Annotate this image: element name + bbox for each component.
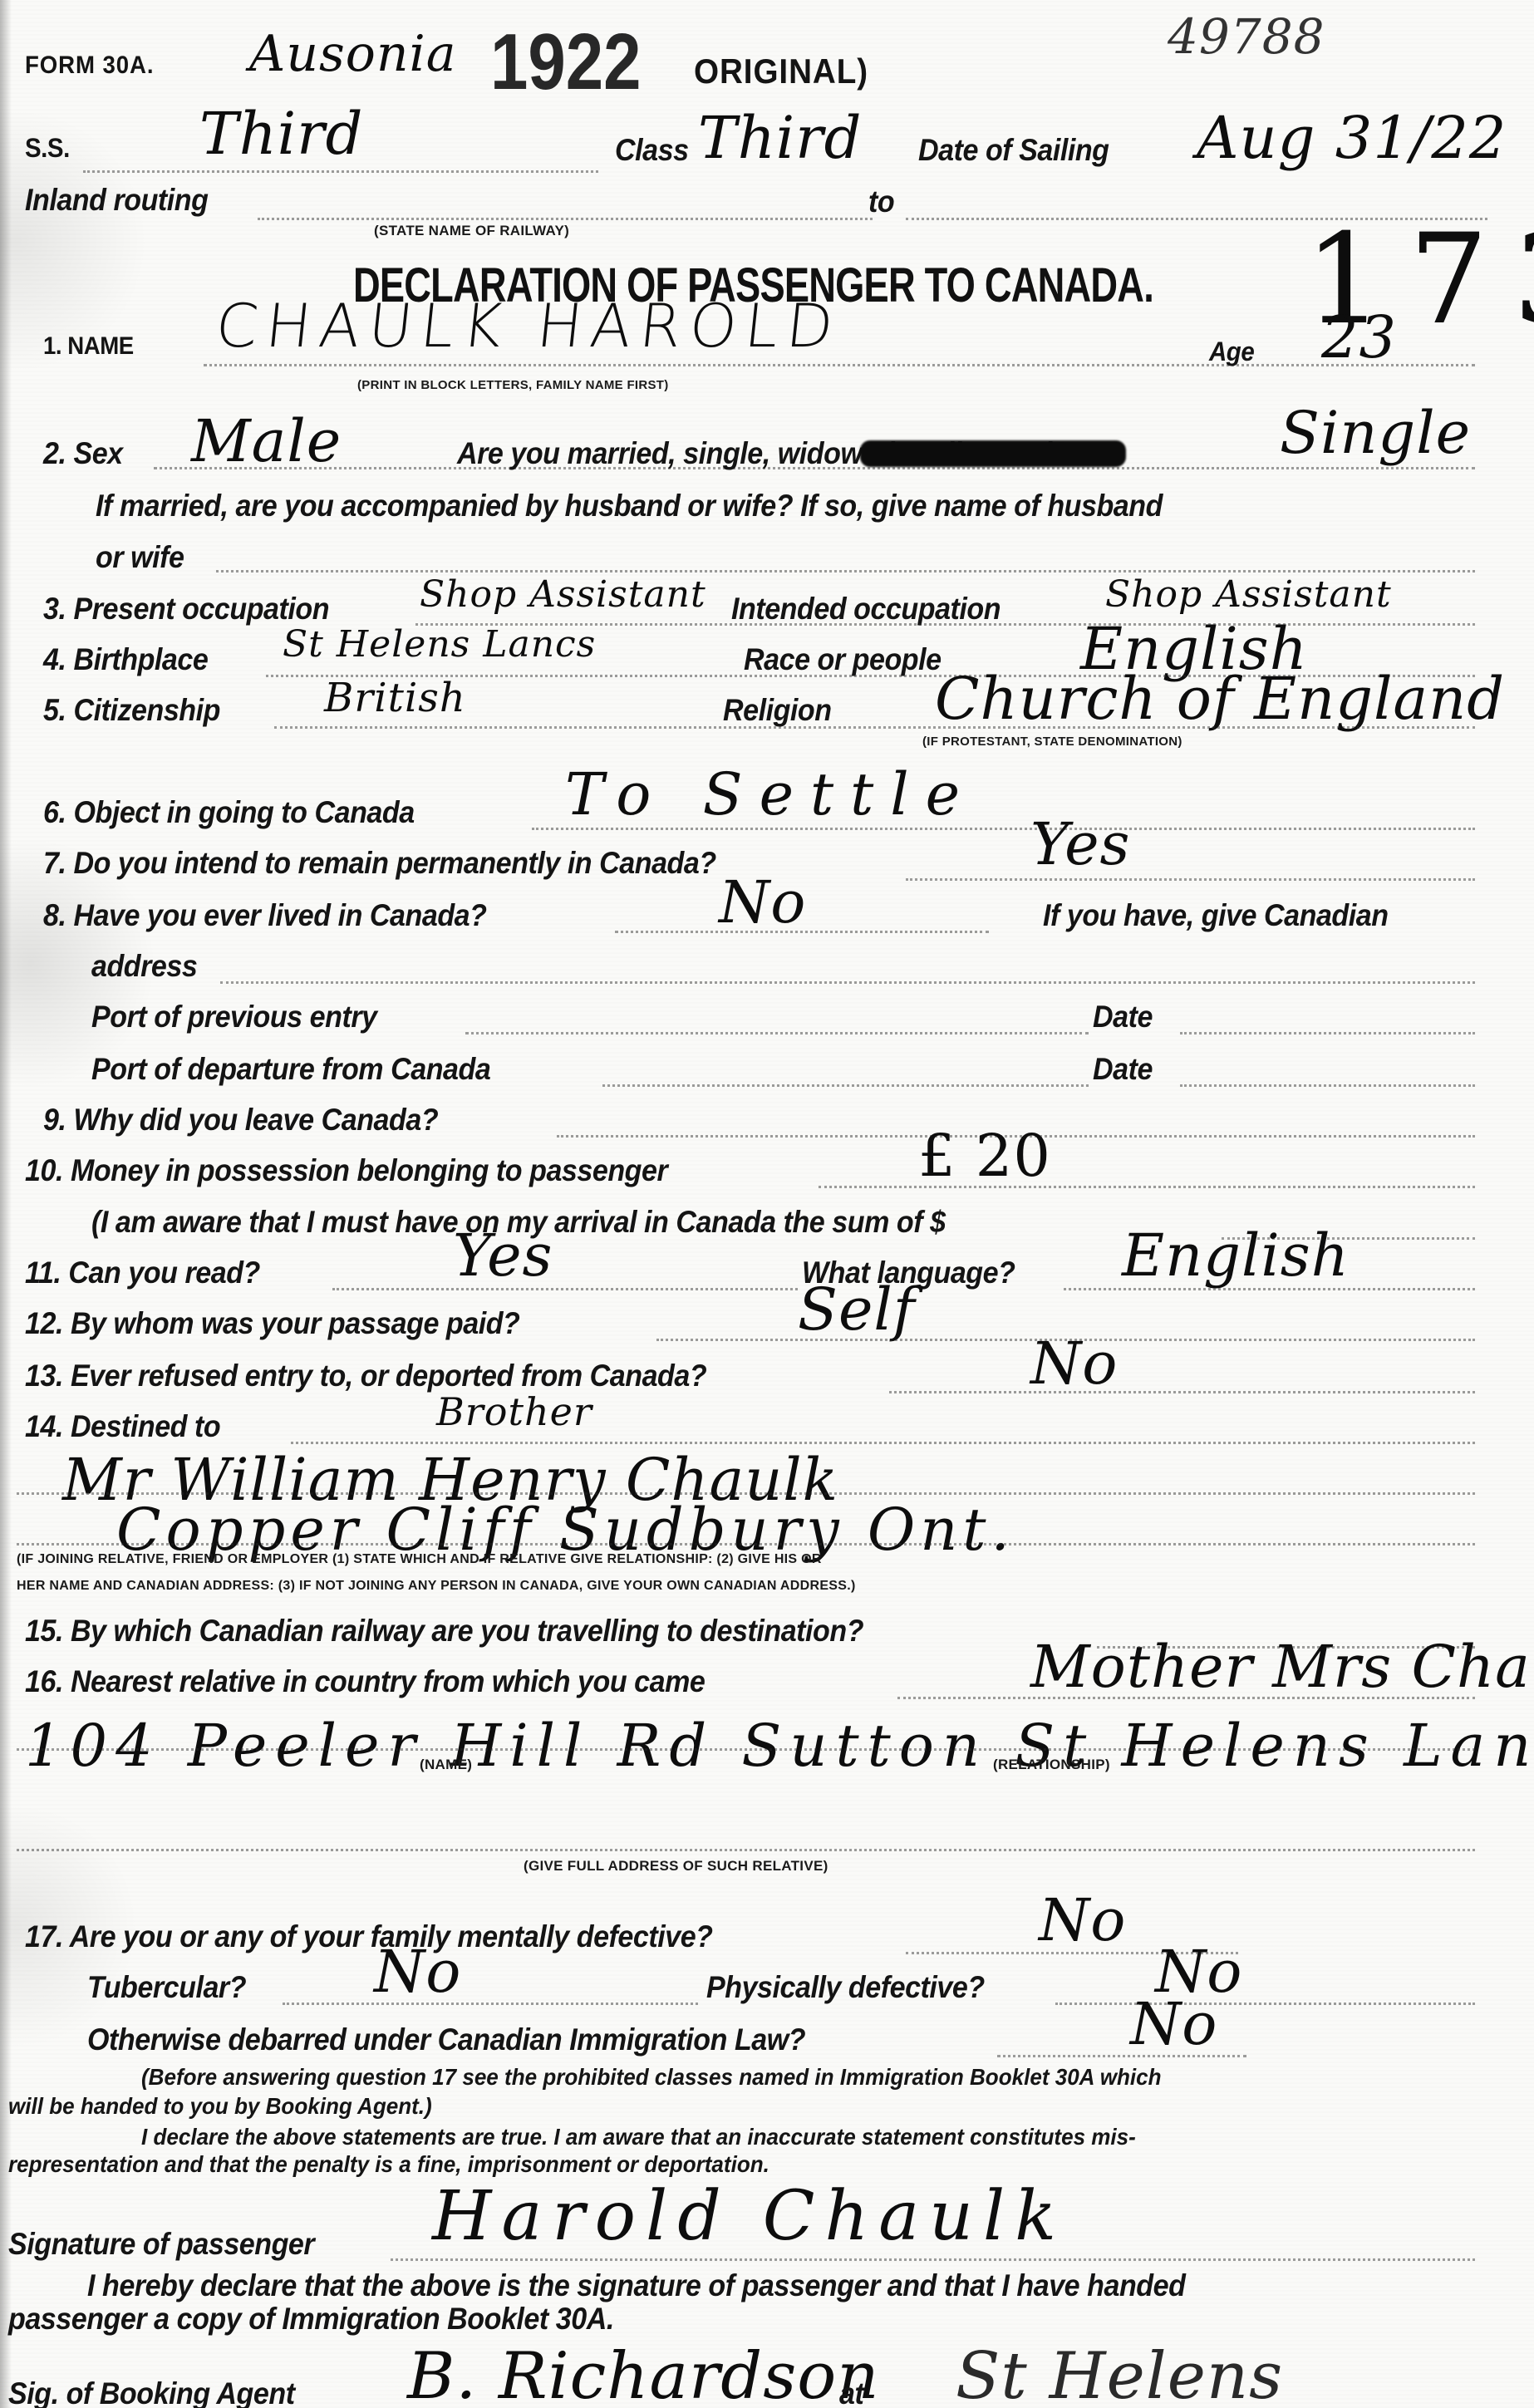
q13-refused-value: No — [1030, 1329, 1118, 1398]
q10-money-label: 10. Money in possession belonging to pas… — [25, 1153, 667, 1188]
q17-tubercular-label: Tubercular? — [87, 1970, 246, 2005]
q8-previous-entry-label: Port of previous entry — [91, 1000, 377, 1034]
q14-line-2 — [17, 1492, 1475, 1495]
q7-line — [906, 878, 1475, 881]
q11-language-line — [1064, 1288, 1475, 1290]
q12-paid-label: 12. By whom was your passage paid? — [25, 1306, 519, 1341]
q14-caption-2: HER NAME AND CANADIAN ADDRESS: (3) IF NO… — [17, 1579, 856, 1594]
q1-line — [204, 364, 1475, 366]
q17-mental-label: 17. Are you or any of your family mental… — [25, 1919, 713, 1954]
ss-label: S.S. — [25, 133, 70, 164]
q1-age-value: 23 — [1321, 303, 1397, 371]
q8-lived-value: No — [719, 868, 806, 936]
railway-caption: (STATE NAME OF RAILWAY) — [374, 223, 569, 239]
file-number: 49788 — [1168, 8, 1325, 65]
q16-line-3 — [17, 1849, 1475, 1851]
class-label: Class — [615, 133, 689, 168]
q8-departure-label: Port of departure from Canada — [91, 1052, 490, 1087]
q14-relation-value: Brother — [436, 1389, 592, 1434]
q10-money-value: £ 20 — [918, 1122, 1051, 1190]
booking-agent-label: Sig. of Booking Agent — [8, 2376, 295, 2408]
q8-departure-date-label: Date — [1093, 1052, 1153, 1087]
inland-to-label: to — [868, 184, 894, 219]
sailing-date-label: Date of Sailing — [918, 133, 1109, 168]
booking-agent-signature: B. Richardson — [407, 2339, 879, 2408]
q12-paid-value: Self — [798, 1275, 916, 1344]
booking-agent-at: at — [839, 2376, 863, 2408]
agent-declaration-line-1: I hereby declare that the above is the s… — [87, 2268, 1185, 2303]
q2-sex-label: 2. Sex — [43, 436, 123, 471]
q16-relative-label: 16. Nearest relative in country from whi… — [25, 1664, 705, 1699]
agent-declaration-line-2: passenger a copy of Immigration Booklet … — [8, 2302, 614, 2337]
q7-remain-value: Yes — [1030, 810, 1130, 878]
q6-line — [532, 828, 1475, 830]
ss-line — [83, 170, 598, 173]
q4-birthplace-value: St Helens Lancs — [283, 623, 596, 666]
q13-line — [889, 1391, 1475, 1393]
booking-agent-location: St Helens — [956, 2339, 1283, 2408]
q5-caption: (IF PROTESTANT, STATE DENOMINATION) — [922, 735, 1182, 749]
signature-line — [391, 2258, 1475, 2261]
q8-previous-date-label: Date — [1093, 1000, 1153, 1034]
q11-line — [332, 1288, 798, 1290]
q16-name-caption: (NAME) — [420, 1757, 472, 1773]
q17-physical-line — [1055, 2003, 1475, 2005]
q14-caption-1: (IF JOINING RELATIVE, FRIEND OR EMPLOYER… — [17, 1552, 822, 1567]
sailing-date-value: Aug 31/22 — [1197, 104, 1507, 172]
q14-destined-label: 14. Destined to — [25, 1409, 220, 1444]
q1-age-label: Age — [1209, 337, 1254, 367]
q16-address-caption: (GIVE FULL ADDRESS OF SUCH RELATIVE) — [524, 1858, 828, 1875]
q6-object-label: 6. Object in going to Canada — [43, 795, 415, 830]
q2-spouse-line — [216, 570, 1475, 573]
q8-departure-line — [602, 1084, 1089, 1087]
q11-read-value: Yes — [453, 1221, 553, 1290]
q5-religion-label: Religion — [723, 693, 832, 728]
q5-citizenship-value: British — [324, 675, 466, 721]
redaction-mark — [860, 440, 1126, 467]
q4-birthplace-label: 4. Birthplace — [43, 642, 208, 677]
original-label: ORIGINAL) — [694, 52, 868, 91]
q8-departure-date-line — [1180, 1084, 1475, 1087]
q11-read-label: 11. Can you read? — [25, 1256, 260, 1290]
q2-sex-value: Male — [191, 407, 342, 475]
q13-refused-label: 13. Ever refused entry to, or deported f… — [25, 1359, 706, 1393]
q3-intended-occupation-label: Intended occupation — [731, 592, 1001, 627]
q5-citizenship-label: 5. Citizenship — [43, 693, 220, 728]
vessel-name-handwritten: Ausonia — [249, 25, 457, 83]
q1-name-label: 1. NAME — [43, 332, 134, 361]
q1-caption: (PRINT IN BLOCK LETTERS, FAMILY NAME FIR… — [357, 378, 669, 392]
q14-line-1 — [291, 1442, 1475, 1444]
q10-line — [819, 1186, 1475, 1188]
q4-race-label: Race or people — [744, 642, 942, 677]
signature-label: Signature of passenger — [8, 2227, 314, 2262]
ss-value: Third — [199, 100, 363, 168]
q11-language-value: English — [1122, 1221, 1350, 1290]
declaration-line-2: representation and that the penalty is a… — [8, 2151, 769, 2178]
q5-line — [274, 726, 1475, 729]
q9-leave-label: 9. Why did you leave Canada? — [43, 1103, 438, 1138]
q8-previous-entry-line — [465, 1032, 1089, 1034]
q15-railway-label: 15. By which Canadian railway are you tr… — [25, 1614, 863, 1649]
form-number: FORM 30A. — [25, 52, 155, 80]
q8-line — [615, 931, 989, 933]
q1-name-value: CHAULK HAROLD — [213, 291, 845, 361]
q14-line-3 — [17, 1543, 1475, 1546]
class-value: Third — [698, 104, 862, 172]
q16-relative-value: Mother Mrs Chaulk — [1030, 1633, 1534, 1701]
q17-physical-label: Physically defective? — [706, 1970, 985, 2005]
q16-line-2 — [17, 1748, 1475, 1751]
q8-address-line — [220, 981, 1475, 984]
passenger-signature: Harold Chaulk — [432, 2177, 1066, 2256]
q2-marital-value: Single — [1280, 399, 1471, 467]
q17-tubercular-value: No — [374, 1938, 461, 2006]
note-line-1: (Before answering question 17 see the pr… — [141, 2064, 1162, 2091]
q3-intended-occupation-value: Shop Assistant — [1105, 573, 1392, 616]
q17-debarred-line — [997, 2055, 1246, 2057]
year-stamp: 1922 — [490, 17, 642, 108]
q2-married-question: If married, are you accompanied by husba… — [96, 489, 1163, 523]
q17-debarred-label: Otherwise debarred under Canadian Immigr… — [87, 2022, 805, 2057]
declaration-line-1: I declare the above statements are true.… — [141, 2124, 1136, 2150]
q8-address-label: address — [91, 949, 197, 984]
inland-routing-line — [258, 218, 873, 220]
q17-tubercular-line — [283, 2003, 698, 2005]
q16-line-1 — [897, 1697, 1475, 1699]
q6-object-value: To Settle — [565, 760, 976, 828]
q7-remain-label: 7. Do you intend to remain permanently i… — [43, 846, 716, 881]
q16-relationship-caption: (RELATIONSHIP) — [993, 1757, 1110, 1773]
q8-lived-label: 8. Have you ever lived in Canada? — [43, 898, 486, 933]
note-line-2: will be handed to you by Booking Agent.) — [8, 2093, 432, 2120]
q3-present-occupation-label: 3. Present occupation — [43, 592, 329, 627]
inland-routing-label: Inland routing — [25, 183, 208, 218]
q17-mental-value: No — [1039, 1886, 1126, 1954]
q2-spouse-label: or wife — [96, 540, 184, 575]
q8-previous-date-line — [1180, 1032, 1475, 1034]
scan-edge-shadow — [0, 0, 12, 2408]
q17-debarred-value: No — [1130, 1990, 1217, 2058]
q8-followup-label: If you have, give Canadian — [1043, 898, 1389, 933]
q16-address-value: 104 Peeler Hill Rd Sutton St Helens Lanc… — [25, 1712, 1534, 1780]
q3-present-occupation-value: Shop Assistant — [420, 573, 706, 616]
q5-religion-value: Church of England — [935, 665, 1505, 733]
